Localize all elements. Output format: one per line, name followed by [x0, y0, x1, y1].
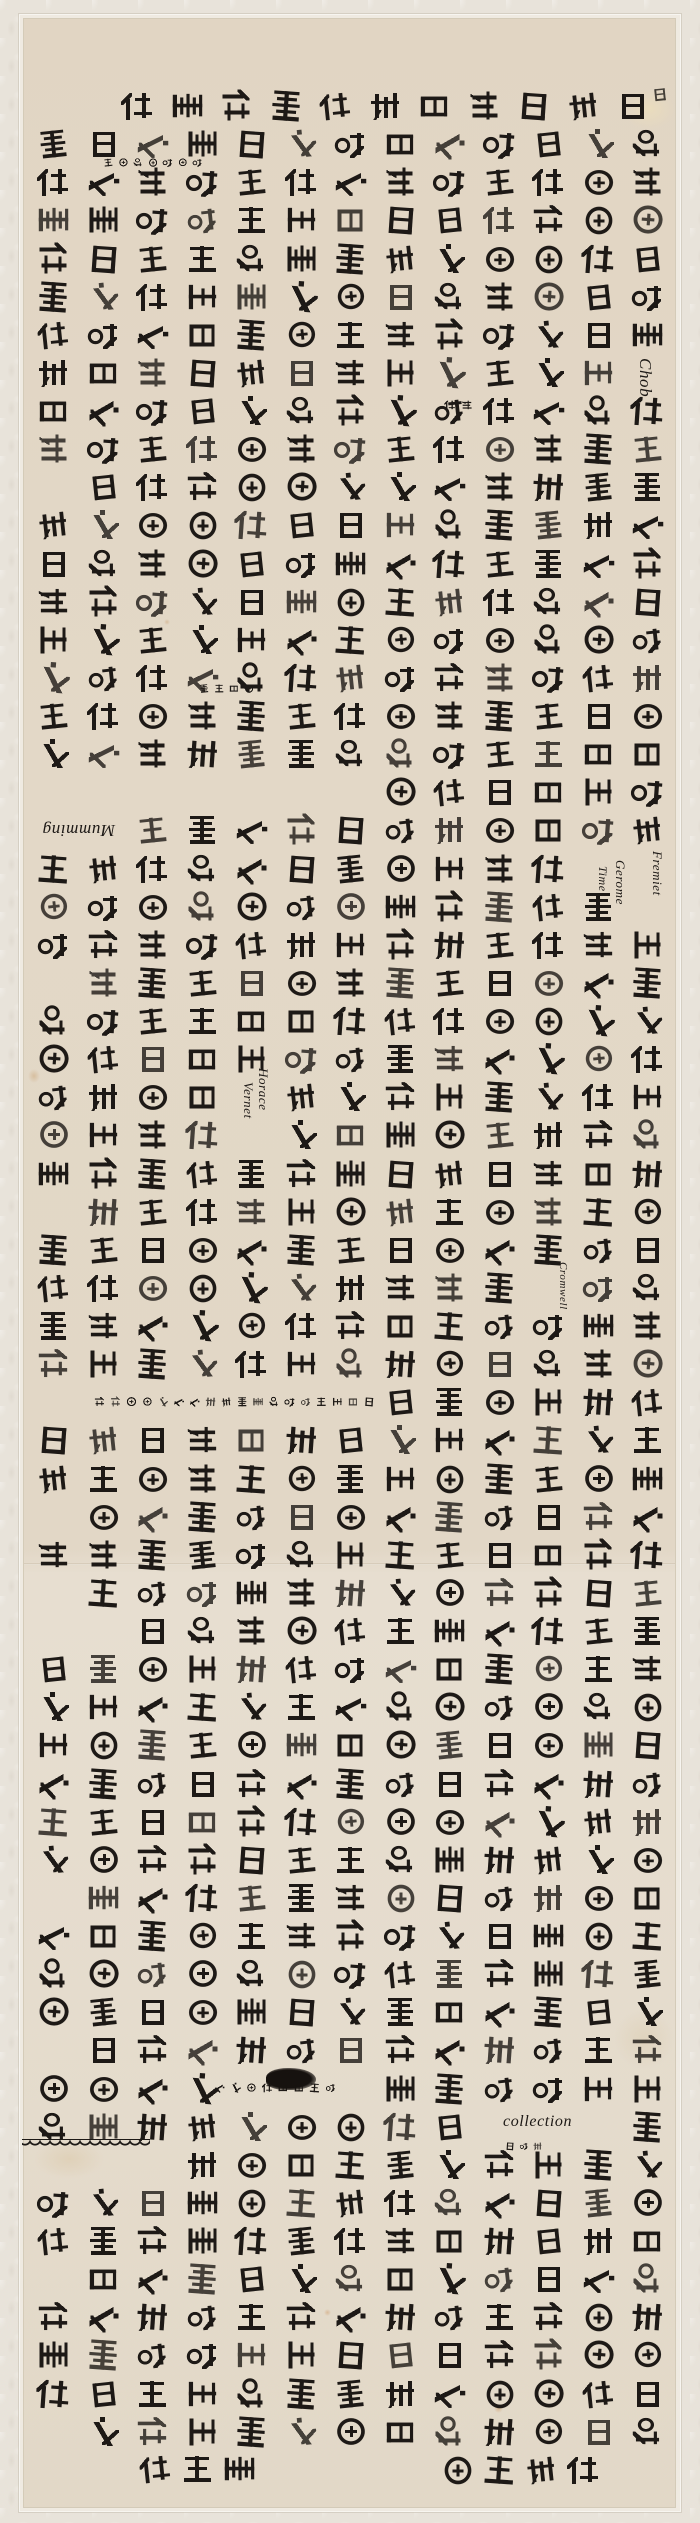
calligraphy-glyph: [253, 1397, 263, 1407]
calligraphy-glyph: [480, 2453, 519, 2487]
calligraphy-glyph: [148, 157, 157, 168]
latin-annotation: Horace: [257, 1068, 270, 1111]
calligraphy-glyph: [221, 1397, 233, 1407]
latin-annotation: Time: [597, 866, 609, 892]
calligraphy-glyph: [224, 2453, 256, 2485]
calligraphy-glyph: [111, 1396, 121, 1407]
calligraphy-glyph: [162, 157, 174, 167]
calligraphy-glyph: [566, 2455, 601, 2485]
calligraphy-glyph: [237, 1397, 248, 1407]
calligraphy-glyph: [519, 2142, 529, 2151]
calligraphy-glyph: [214, 684, 225, 693]
calligraphy-glyph: [190, 1396, 200, 1407]
calligraphy-glyph: [443, 2453, 473, 2488]
interlinear-note: [505, 2142, 543, 2150]
scroll-mount: { "scroll": { "mount_color": "#e8e3da", …: [0, 0, 700, 2523]
calligraphy-glyph: [125, 1396, 137, 1407]
calligraphy-glyph: [325, 2083, 337, 2093]
latin-annotation: Gerome: [614, 860, 627, 905]
calligraphy-glyph: [229, 684, 238, 693]
calligraphy-glyph: [246, 2083, 258, 2093]
calligraphy-glyph: [137, 2453, 173, 2485]
calligraphy-glyph: [269, 1396, 279, 1407]
calligraphy-glyph: [180, 2454, 215, 2484]
calligraphy-glyph: [504, 2141, 515, 2151]
calligraphy-glyph: [444, 400, 456, 410]
calligraphy-glyph: [332, 1397, 342, 1407]
calligraphy-glyph: [316, 1397, 327, 1407]
calligraphy-glyph: [523, 2454, 559, 2486]
calligraphy-glyph: [157, 1397, 168, 1407]
ink-blot: [266, 2068, 316, 2090]
calligraphy-glyph: [300, 1397, 312, 1407]
calligraphy-glyph: [348, 1396, 358, 1407]
annotation-layer: ChobFremietGeromeTimeMummingHoraceVernet…: [0, 0, 700, 2523]
calligraphy-glyph: [229, 2082, 241, 2093]
calligraphy-glyph: [651, 87, 669, 103]
interlinear-note: [94, 1397, 374, 1407]
calligraphy-glyph: [283, 1396, 295, 1407]
latin-annotation: Mumming: [42, 822, 115, 839]
interlinear-note: [444, 400, 473, 410]
calligraphy-glyph: [363, 1396, 375, 1407]
calligraphy-glyph: [199, 684, 210, 694]
latin-annotation: Fremiet: [651, 851, 664, 896]
interlinear-note: [651, 87, 669, 102]
interlinear-note: [103, 158, 203, 167]
signature: [138, 2454, 257, 2484]
calligraphy-glyph: [103, 158, 114, 168]
calligraphy-glyph: [215, 2082, 225, 2093]
latin-annotation: Cromwell: [557, 1262, 568, 1310]
calligraphy-glyph: [133, 158, 142, 167]
calligraphy-glyph: [141, 1397, 153, 1407]
calligraphy-glyph: [177, 158, 188, 168]
calligraphy-glyph: [204, 1396, 216, 1407]
calligraphy-glyph: [174, 1397, 184, 1407]
calligraphy-glyph: [118, 158, 129, 167]
latin-annotation: collection: [503, 2114, 572, 2130]
illegible-latin-word: [22, 2132, 150, 2156]
calligraphy-glyph: [461, 400, 472, 411]
calligraphy-glyph: [192, 158, 203, 167]
interlinear-note: [199, 684, 254, 693]
title-line: [440, 2455, 601, 2485]
calligraphy-glyph: [95, 1397, 105, 1407]
calligraphy-glyph: [244, 683, 253, 694]
latin-annotation: Chob: [637, 358, 654, 397]
latin-annotation: Vernet: [242, 1082, 255, 1119]
calligraphy-glyph: [533, 2142, 543, 2150]
